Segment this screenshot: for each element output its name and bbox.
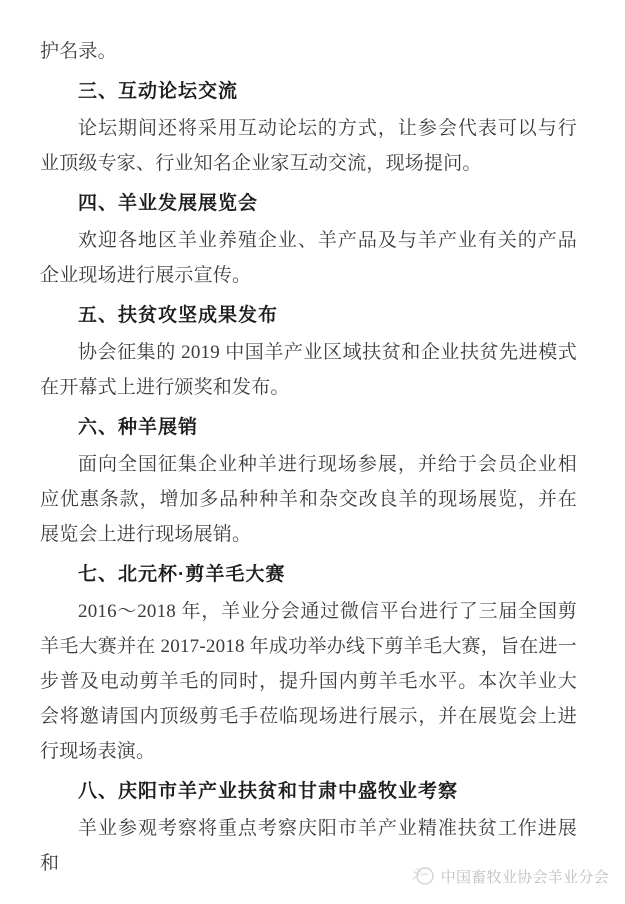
section-forum: 三、互动论坛交流 论坛期间还将采用互动论坛的方式，让参会代表可以与行业顶级专家、… [40,74,577,181]
section-paragraph: 协会征集的 2019 中国羊产业区域扶贫和企业扶贫先进模式在开幕式上进行颁奖和发… [40,335,577,405]
section-heading: 三、互动论坛交流 [40,74,577,109]
section-breeding-sheep: 六、种羊展销 面向全国征集企业种羊进行现场参展，并给于会员企业相应优惠条款，增加… [40,410,577,552]
section-paragraph: 2016～2018 年，羊业分会通过微信平台进行了三届全国剪羊毛大赛并在 201… [40,594,577,769]
section-paragraph: 面向全国征集企业种羊进行现场参展，并给于会员企业相应优惠条款，增加多品种种羊和杂… [40,447,577,552]
section-heading: 七、北元杯·剪羊毛大赛 [40,557,577,592]
section-heading: 四、羊业发展展览会 [40,186,577,221]
section-paragraph: 论坛期间还将采用互动论坛的方式，让参会代表可以与行业顶级专家、行业知名企业家互动… [40,111,577,181]
association-logo-icon [410,863,436,889]
source-watermark: 中国畜牧业协会羊业分会 [410,863,609,889]
section-exhibition: 四、羊业发展展览会 欢迎各地区羊业养殖企业、羊产品及与羊产业有关的产品企业现场进… [40,186,577,293]
section-poverty-alleviation: 五、扶贫攻坚成果发布 协会征集的 2019 中国羊产业区域扶贫和企业扶贫先进模式… [40,298,577,405]
paragraph-fragment: 护名录。 [40,34,577,69]
section-heading: 五、扶贫攻坚成果发布 [40,298,577,333]
document-body: 护名录。 三、互动论坛交流 论坛期间还将采用互动论坛的方式，让参会代表可以与行业… [0,0,625,881]
section-paragraph: 欢迎各地区羊业养殖企业、羊产品及与羊产业有关的产品企业现场进行展示宣传。 [40,223,577,293]
section-shearing-contest: 七、北元杯·剪羊毛大赛 2016～2018 年，羊业分会通过微信平台进行了三届全… [40,557,577,769]
article-page: 护名录。 三、互动论坛交流 论坛期间还将采用互动论坛的方式，让参会代表可以与行业… [0,0,625,904]
section-heading: 六、种羊展销 [40,410,577,445]
source-name: 中国畜牧业协会羊业分会 [441,866,609,887]
section-heading: 八、庆阳市羊产业扶贫和甘肃中盛牧业考察 [40,774,577,809]
